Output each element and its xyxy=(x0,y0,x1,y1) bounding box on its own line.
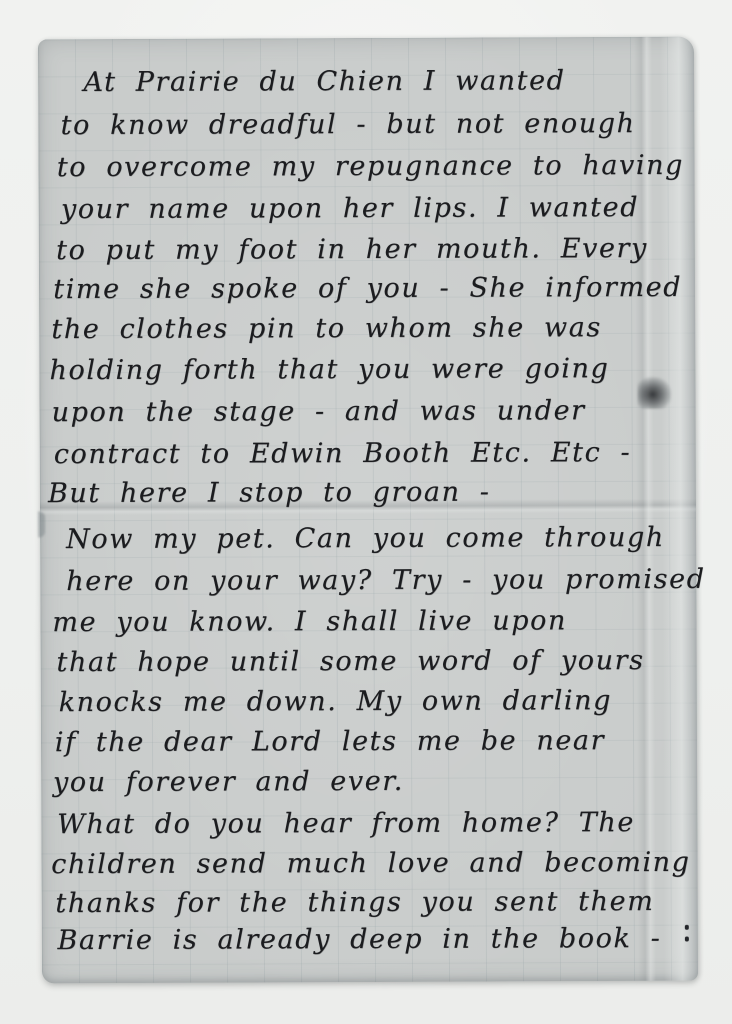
letter-line-17: if the dear Lord lets me be near xyxy=(55,725,605,758)
letter-line-13: here on your way? Try - you promised xyxy=(66,564,705,597)
letter-line-2: to know dreadful - but not enough xyxy=(61,108,636,141)
letter-line-21: thanks for the things you sent them xyxy=(55,886,654,919)
letter-line-3: to overcome my repugnance to having xyxy=(57,150,684,183)
letter-line-6: time she spoke of you - She informed xyxy=(53,272,682,305)
letter-line-8: holding forth that you were going xyxy=(49,353,609,386)
letter-line-16: knocks me down. My own darling xyxy=(59,685,612,718)
letter-line-11: But here I stop to groan - xyxy=(48,477,491,510)
scanned-letter-page: At Prairie du Chien I wanted to know dre… xyxy=(0,0,732,1024)
letter-line-22: Barrie is already deep in the book - xyxy=(57,923,661,956)
letter-line-5: to put my foot in her mouth. Every xyxy=(56,233,648,266)
letter-line-10: contract to Edwin Booth Etc. Etc - xyxy=(54,437,631,470)
letter-line-18: you forever and ever. xyxy=(53,766,404,798)
letter-line-19: What do you hear from home? The xyxy=(57,807,635,840)
letter-line-14: me you know. I shall live upon xyxy=(52,605,567,638)
letter-line-20: children send much love and becoming xyxy=(51,847,690,880)
letter-line-9: upon the stage - and was under xyxy=(52,395,586,428)
handwritten-text: At Prairie du Chien I wanted to know dre… xyxy=(0,0,732,1024)
letter-line-4: your name upon her lips. I wanted xyxy=(61,192,639,225)
letter-line-1: At Prairie du Chien I wanted xyxy=(83,65,565,98)
letter-line-7: the clothes pin to whom she was xyxy=(51,312,602,345)
letter-line-12: Now my pet. Can you come through xyxy=(66,522,665,555)
letter-line-15: that hope until some word of yours xyxy=(56,645,644,678)
